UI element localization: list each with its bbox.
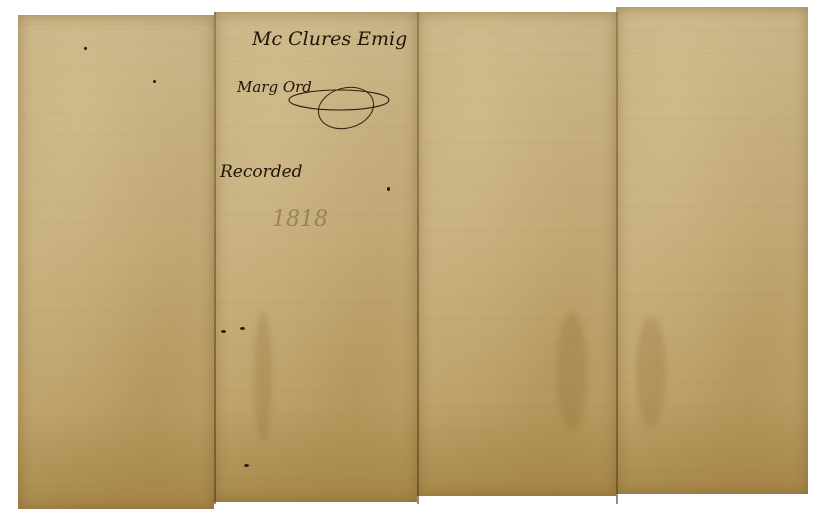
panel-3 [417,12,616,496]
water-stain [636,317,666,427]
ink-spot [244,464,249,467]
panel-2: Mc Clures Emig Marg Ord Recorded 1818 [214,12,417,502]
docket-title: Mc Clures Emig [252,28,407,50]
fold-line [616,12,618,504]
ink-spot [221,330,226,333]
panel-4 [616,7,808,494]
ink-spot [387,187,390,191]
ink-spot [84,47,87,50]
ink-spot [153,80,156,83]
recorded-note: Recorded [220,162,303,182]
water-stain [254,312,272,442]
signature-flourish-icon [284,82,394,132]
year-note: 1818 [272,207,328,232]
water-stain [557,312,587,432]
ink-spot [240,327,245,330]
document-sheet: Mc Clures Emig Marg Ord Recorded 1818 [18,12,808,504]
fold-line [214,12,216,504]
panel-1 [18,15,214,509]
fold-line [417,12,419,504]
